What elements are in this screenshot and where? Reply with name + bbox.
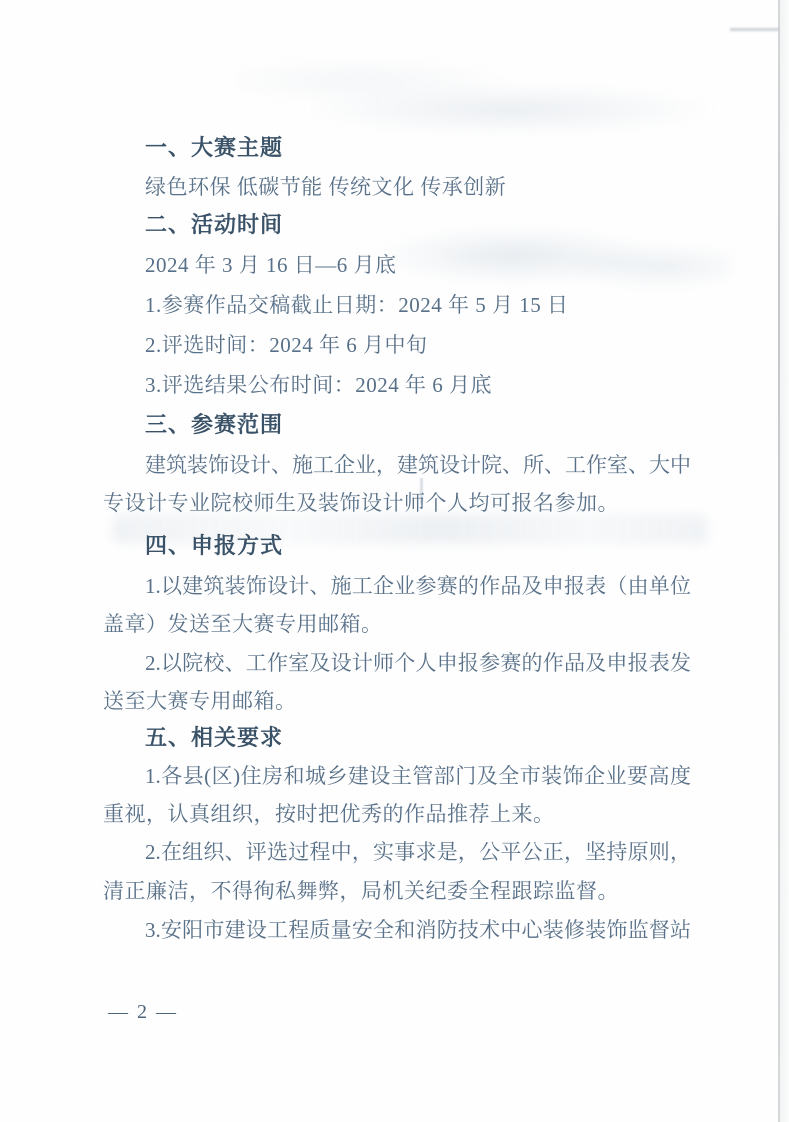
text-line-application-1b: 盖章）发送至大赛专用邮箱。: [103, 610, 383, 638]
text-line-date-range: 2024 年 3 月 16 日—6 月底: [145, 251, 397, 279]
page-number: — 2 —: [108, 1001, 178, 1024]
section-heading-requirements: 五、相关要求: [145, 724, 283, 752]
document-page: 一、大赛主题 绿色环保 低碳节能 传统文化 传承创新 二、活动时间 2024 年…: [0, 0, 789, 1122]
text-line-application-2a: 2.以院校、工作室及设计师个人申报参赛的作品及申报表发: [145, 649, 691, 677]
section-heading-theme: 一、大赛主题: [145, 134, 283, 162]
section-heading-schedule: 二、活动时间: [145, 211, 283, 239]
section-heading-scope: 三、参赛范围: [145, 411, 283, 439]
page-edge-shade: [780, 0, 789, 1122]
section-heading-application: 四、申报方式: [145, 532, 283, 560]
text-line-scope-2: 专设计专业院校师生及装饰设计师个人均可报名参加。: [103, 489, 619, 517]
ink-bleed-ghost: [235, 52, 735, 134]
text-line-application-2b: 送至大赛专用邮箱。: [103, 687, 297, 715]
text-line-results-time: 3.评选结果公布时间：2024 年 6 月底: [145, 371, 492, 399]
text-line-requirement-3a: 3.安阳市建设工程质量安全和消防技术中心装修装饰监督站: [145, 916, 691, 944]
text-line-scope-1: 建筑装饰设计、施工企业，建筑设计院、所、工作室、大中: [145, 451, 691, 479]
text-line-deadline: 1.参赛作品交稿截止日期：2024 年 5 月 15 日: [145, 291, 569, 319]
text-line-application-1a: 1.以建筑装饰设计、施工企业参赛的作品及申报表（由单位: [145, 572, 691, 600]
page-edge-line: [778, 0, 780, 1122]
text-line-review-time: 2.评选时间：2024 年 6 月中旬: [145, 331, 428, 359]
ink-bleed-ghost: [372, 222, 732, 296]
text-line-requirement-2a: 2.在组织、评选过程中，实事求是，公平公正，坚持原则，: [145, 838, 691, 866]
text-line-requirement-2b: 清正廉洁，不得徇私舞弊，局机关纪委全程跟踪监督。: [103, 877, 619, 905]
text-line-requirement-1a: 1.各县(区)住房和城乡建设主管部门及全市装饰企业要高度: [145, 762, 691, 790]
text-line-theme-values: 绿色环保 低碳节能 传统文化 传承创新: [145, 173, 506, 201]
text-line-requirement-1b: 重视，认真组织，按时把优秀的作品推荐上来。: [103, 800, 555, 828]
